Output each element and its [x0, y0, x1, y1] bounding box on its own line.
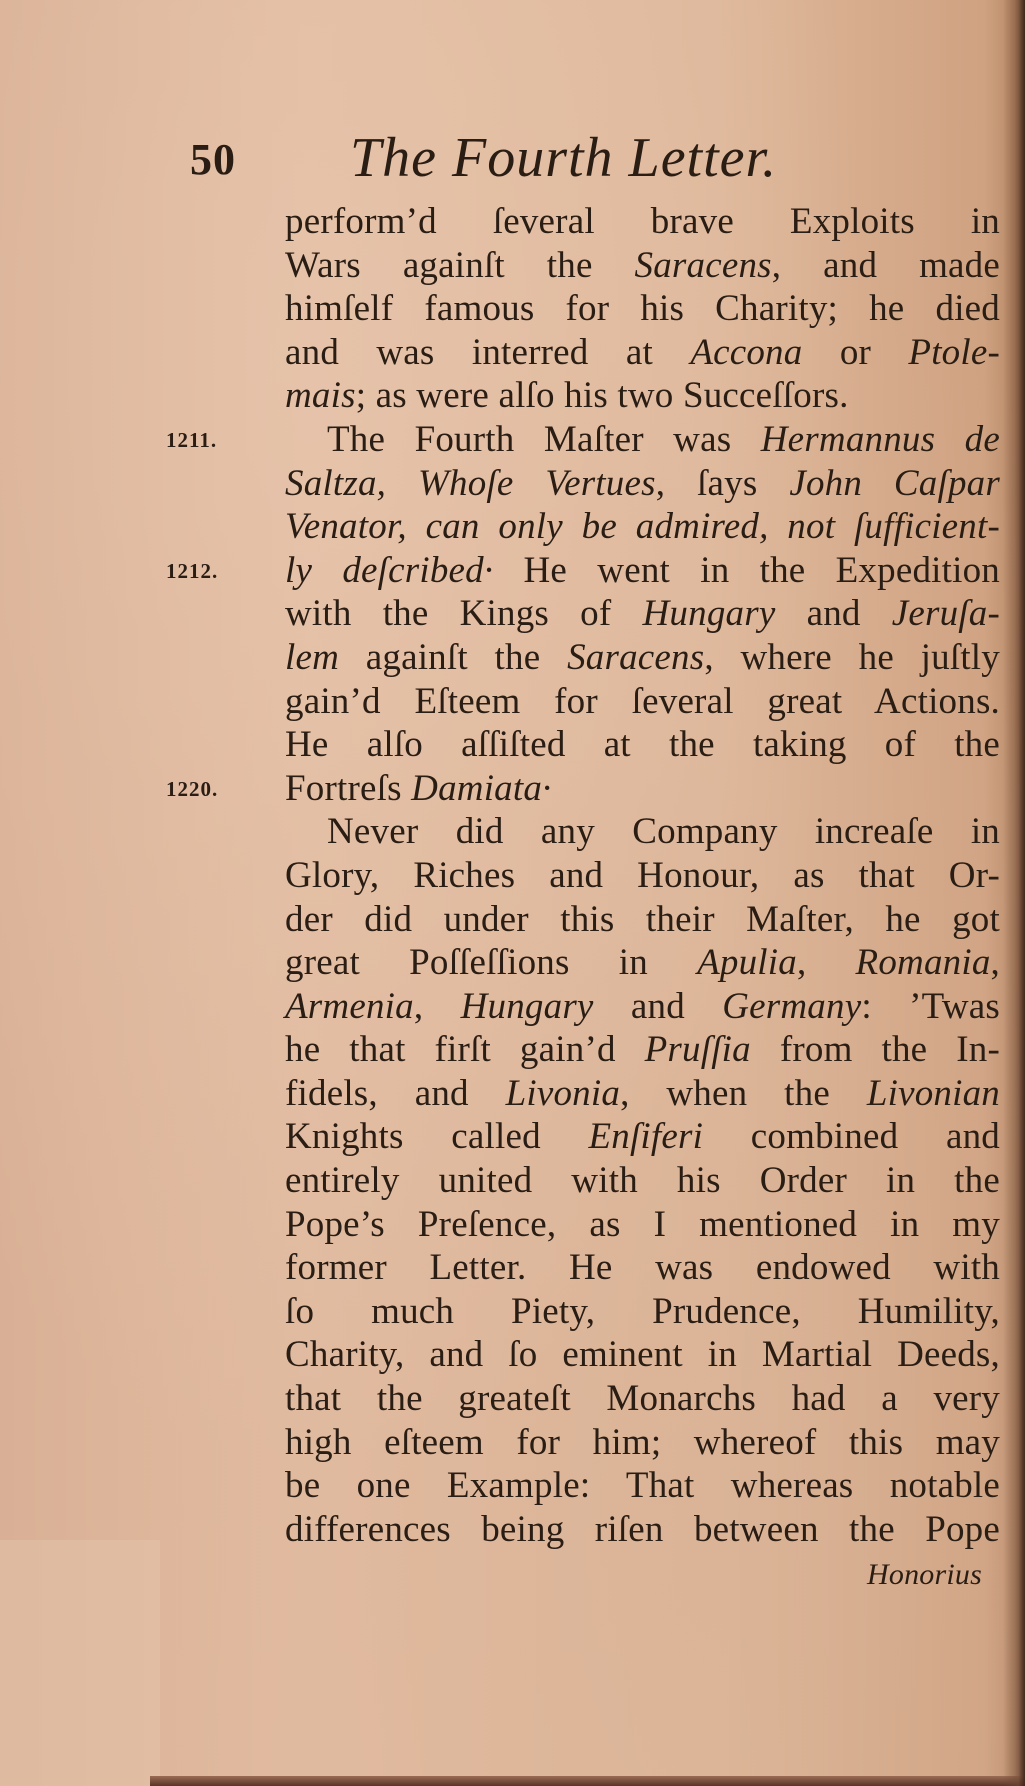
text-line: Saltza, Whoſe Vertues, ſays John Caſpar	[285, 462, 1000, 506]
roman-text: Wars againſt the	[285, 245, 635, 286]
italic-text: Hermannus de	[761, 419, 1000, 460]
text-line: Fortreſs Damiata·	[285, 767, 1000, 811]
page-fold-shadow	[0, 1540, 160, 1786]
roman-text: be one Example: That whereas notable	[285, 1465, 1000, 1506]
italic-text: Enſiferi	[588, 1116, 703, 1157]
italic-text: mais	[285, 375, 356, 416]
roman-text: that the greateſt Monarchs had a very	[285, 1378, 1000, 1419]
roman-text: perform’d ſeveral brave Exploits in	[285, 201, 1000, 242]
roman-text: former Letter. He was endowed with	[285, 1247, 1000, 1288]
italic-text: Damiata·	[411, 768, 551, 809]
roman-text: : ’Twas	[861, 986, 1000, 1027]
roman-text: great Poſſeſſions in	[285, 942, 697, 983]
text-line: Wars againſt the Saracens, and made	[285, 244, 1000, 288]
italic-text: Livonian	[867, 1073, 1000, 1114]
text-line: Charity, and ſo eminent in Martial Deeds…	[285, 1333, 1000, 1377]
italic-text: Ptole-	[908, 332, 1000, 373]
italic-text: Accona	[690, 332, 802, 373]
text-line: mais; as were alſo his two Succeſſors.	[285, 374, 1000, 418]
roman-text: fidels, and	[285, 1073, 506, 1114]
text-line: He alſo aſſiſted at the taking of the	[285, 723, 1000, 767]
running-head: 50 The Fourth Letter.	[190, 118, 950, 198]
roman-text: ,	[991, 942, 1000, 983]
italic-text: Romania	[856, 942, 991, 983]
roman-text: ; as were alſo his two Succeſſors.	[356, 375, 849, 416]
text-line: Armenia, Hungary and Germany: ’Twas	[285, 985, 1000, 1029]
text-line: himſelf famous for his Charity; he died	[285, 287, 1000, 331]
roman-text: ,	[797, 942, 856, 983]
roman-text: Charity, and ſo eminent in Martial Deeds…	[285, 1334, 1000, 1375]
roman-text: combined and	[703, 1116, 1000, 1157]
roman-text: Glory, Riches and Honour, as that Or-	[285, 855, 1000, 896]
text-line: gain’d Eſteem for ſeveral great Actions.	[285, 680, 1000, 724]
text-line: Glory, Riches and Honour, as that Or-	[285, 854, 1000, 898]
catchword-text: Honorius	[867, 1558, 982, 1591]
margin-note-year: 1212.	[166, 559, 218, 584]
italic-text: Saracens	[635, 245, 772, 286]
italic-text: Germany	[722, 986, 861, 1027]
italic-text: Pruſſia	[645, 1029, 751, 1070]
text-line: differences being riſen between the Pope	[285, 1508, 1000, 1552]
text-line: that the greateſt Monarchs had a very	[285, 1377, 1000, 1421]
roman-text: he that firſt gain’d	[285, 1029, 645, 1070]
italic-text: ly deſcribed·	[285, 550, 493, 591]
page-number: 50	[190, 134, 236, 185]
italic-text: Apulia	[697, 942, 797, 983]
text-line: Pope’s Preſence, as I mentioned in my	[285, 1203, 1000, 1247]
roman-text: Never did any Company increaſe in	[327, 811, 1000, 852]
roman-text: ,	[414, 986, 461, 1027]
text-line: entirely united with his Order in the	[285, 1159, 1000, 1203]
text-line: high eſteem for him; whereof this may	[285, 1421, 1000, 1465]
roman-text: Knights called	[285, 1116, 588, 1157]
text-line: and was interred at Accona or Ptole-	[285, 331, 1000, 375]
roman-text: , and made	[772, 245, 1000, 286]
roman-text: and	[775, 593, 891, 634]
running-title: The Fourth Letter.	[350, 126, 777, 190]
roman-text: high eſteem for him; whereof this may	[285, 1422, 1000, 1463]
text-line: Knights called Enſiferi combined and	[285, 1115, 1000, 1159]
italic-text: Hungary	[643, 593, 776, 634]
text-line: Never did any Company increaſe in	[285, 810, 1000, 854]
italic-text: lem	[285, 637, 339, 678]
book-page: 50 The Fourth Letter. 1211.1212.1220. pe…	[0, 0, 1025, 1786]
roman-text: The Fourth Maſter was	[327, 419, 761, 460]
text-line: Venator, can only be admired, not ſuffic…	[285, 505, 1000, 549]
roman-text: and	[594, 986, 723, 1027]
roman-text: or	[802, 332, 908, 373]
text-line: lem againſt the Saracens, where he juſtl…	[285, 636, 1000, 680]
text-line: ſo much Piety, Prudence, Humility,	[285, 1290, 1000, 1334]
roman-text: Pope’s Preſence, as I mentioned in my	[285, 1204, 1000, 1245]
margin-note-year: 1211.	[166, 428, 217, 453]
roman-text: , when the	[620, 1073, 867, 1114]
text-line: great Poſſeſſions in Apulia, Romania,	[285, 941, 1000, 985]
text-line: be one Example: That whereas notable	[285, 1464, 1000, 1508]
text-line: The Fourth Maſter was Hermannus de	[285, 418, 1000, 462]
roman-text: der did under this their Maſter, he got	[285, 899, 1000, 940]
roman-text: He alſo aſſiſted at the taking of the	[285, 724, 1000, 765]
italic-text: Venator, can only be admired, not ſuffic…	[285, 506, 1000, 547]
margin-note-year: 1220.	[166, 777, 218, 802]
roman-text: and was interred at	[285, 332, 690, 373]
italic-text: Hungary	[461, 986, 594, 1027]
italic-text: Jeruſa-	[892, 593, 1000, 634]
body-text: perform’d ſeveral brave Exploits inWars …	[285, 200, 1000, 1595]
roman-text: entirely united with his Order in the	[285, 1160, 1000, 1201]
text-line: perform’d ſeveral brave Exploits in	[285, 200, 1000, 244]
italic-text: Saracens	[567, 637, 704, 678]
roman-text: againſt the	[339, 637, 567, 678]
roman-text: differences being riſen between the Pope	[285, 1509, 1000, 1550]
roman-text: gain’d Eſteem for ſeveral great Actions.	[285, 681, 1000, 722]
roman-text: himſelf famous for his Charity; he died	[285, 288, 1000, 329]
text-line: fidels, and Livonia, when the Livonian	[285, 1072, 1000, 1116]
italic-text: Armenia	[285, 986, 414, 1027]
page-bottom-edge	[150, 1776, 1025, 1786]
italic-text: Livonia	[506, 1073, 620, 1114]
text-line: der did under this their Maſter, he got	[285, 898, 1000, 942]
italic-text: Saltza, Whoſe Vertues	[285, 463, 656, 504]
roman-text: ſo much Piety, Prudence, Humility,	[285, 1291, 1000, 1332]
roman-text: , ſays	[656, 463, 790, 504]
roman-text: with the Kings of	[285, 593, 643, 634]
catchword: Honorius	[285, 1551, 1000, 1595]
italic-text: John Caſpar	[789, 463, 1000, 504]
roman-text: Fortreſs	[285, 768, 411, 809]
text-line: with the Kings of Hungary and Jeruſa-	[285, 592, 1000, 636]
text-line: former Letter. He was endowed with	[285, 1246, 1000, 1290]
roman-text: , where he juſtly	[704, 637, 1000, 678]
text-line: he that firſt gain’d Pruſſia from the In…	[285, 1028, 1000, 1072]
roman-text: from the In-	[751, 1029, 1000, 1070]
roman-text: He went in the Expedition	[493, 550, 1000, 591]
text-line: ly deſcribed· He went in the Expedition	[285, 549, 1000, 593]
